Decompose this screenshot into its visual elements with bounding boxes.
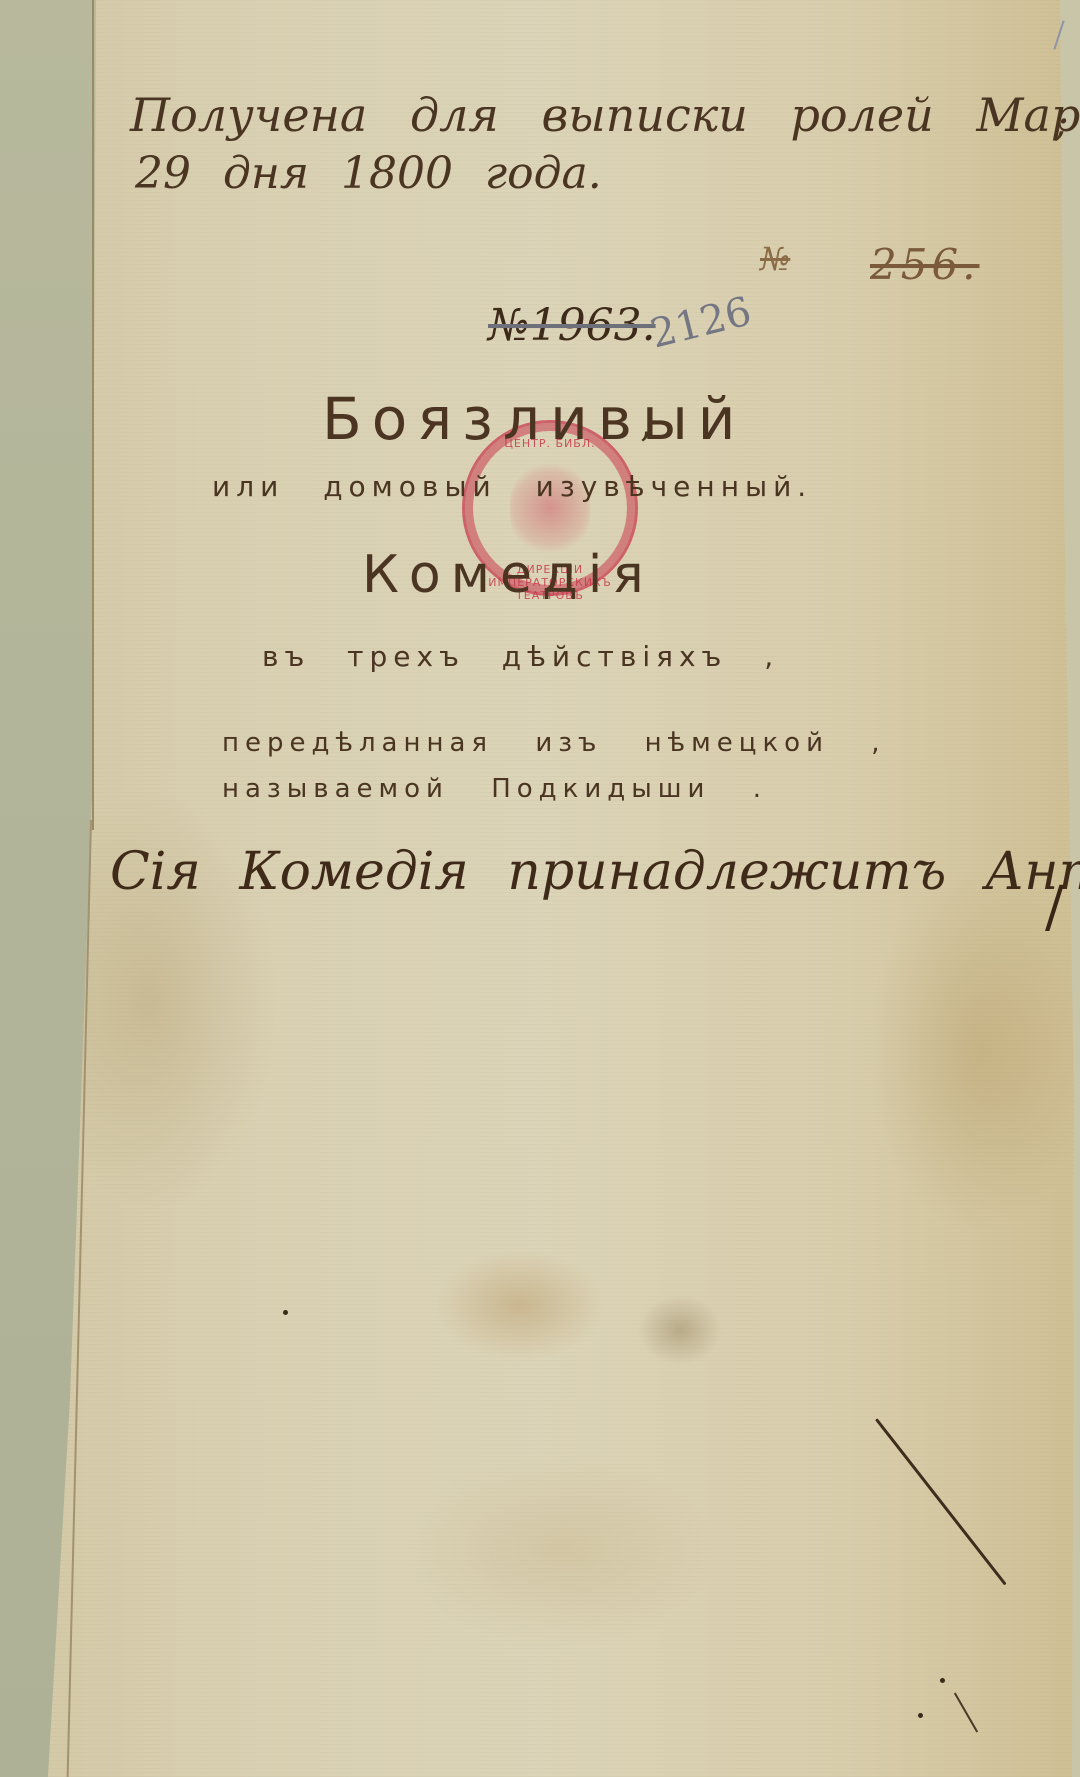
receipt-note-punctuation: ;	[1055, 100, 1068, 146]
crossed-catalog-number: №1963.	[488, 300, 656, 351]
play-original-title: называемой Подкидыши .	[222, 774, 767, 804]
play-adaptation-note: передѣланная изъ нѣмецкой ,	[222, 728, 886, 758]
play-acts: въ трехъ дѣйствіяхъ ,	[262, 640, 779, 673]
crossed-number-sign: №	[760, 240, 790, 278]
receipt-note-line2: 29 дня 1800 года.	[135, 148, 602, 199]
ink-dot	[918, 1713, 923, 1718]
receipt-note-line1: Получена для выписки ролей Марта	[130, 88, 1080, 142]
ownership-flourish: /	[1045, 875, 1064, 940]
crossed-number-256: 256.	[870, 240, 980, 289]
play-subtitle: или домовый изувѣченный.	[212, 470, 812, 503]
play-genre: Комедія	[362, 545, 654, 605]
ownership-inscription: Сія Комедія принадлежитъ Антону Крюжицко…	[110, 842, 1080, 902]
ink-dot	[283, 1310, 288, 1315]
page-edge-rule	[92, 0, 94, 830]
ink-dot	[940, 1678, 945, 1683]
play-title: Боязливый	[322, 385, 745, 453]
title-comma: ,	[640, 400, 653, 446]
